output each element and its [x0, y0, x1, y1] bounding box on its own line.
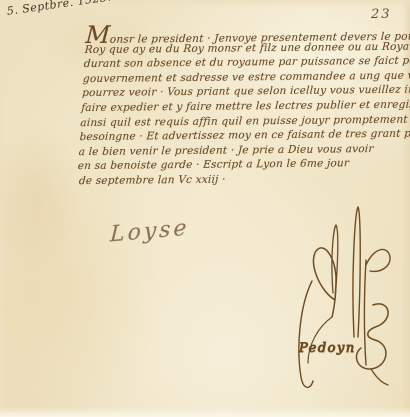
letter-body: Monsr le president · Jenvoye presentemen… [76, 25, 406, 189]
folio-number: 23 [371, 7, 392, 22]
paraph-flourish: Pedoyn [278, 205, 410, 410]
archival-date-note: 5. Septbre. 1523. [6, 0, 112, 18]
signature-pedoyn: Pedoyn [298, 341, 356, 356]
paper-stain [0, 120, 82, 280]
signature-loyse: Loyse [109, 215, 190, 247]
letter-line: de septembre lan Vc xxiij · [78, 171, 397, 189]
manuscript-page: 5. Septbre. 1523. 23 Monsr le president … [0, 0, 410, 417]
